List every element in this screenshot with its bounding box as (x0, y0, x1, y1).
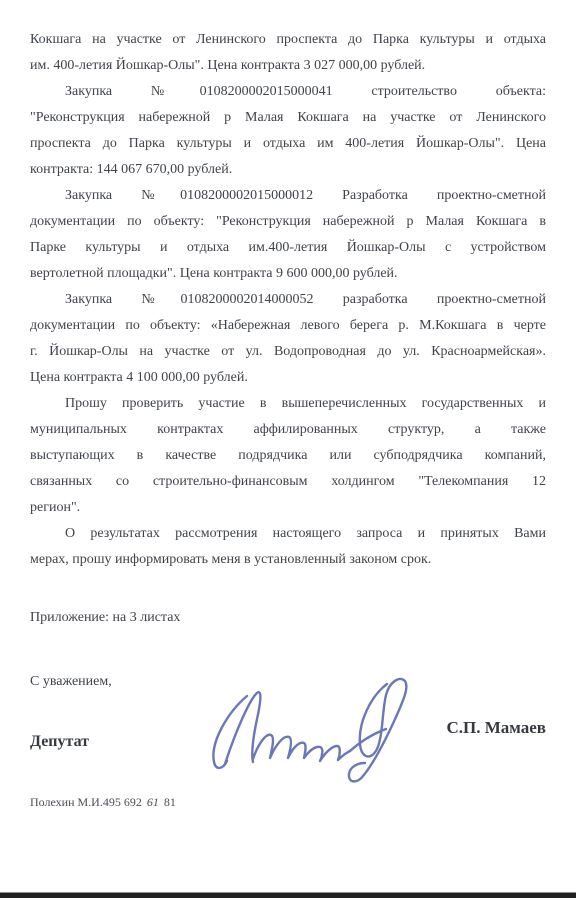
paragraph: О результатах рассмотрения настоящего за… (30, 521, 546, 573)
text-line: Парке культуры и отдыха им.400-летия Йош… (30, 235, 546, 261)
handwritten-signature-icon (200, 672, 425, 790)
text-line: Цена контракта 4 100 000,00 рублей. (30, 365, 546, 391)
letter-body: Кокшага на участке от Ленинского проспек… (0, 0, 576, 809)
paragraph: Прошу проверить участие в вышеперечислен… (30, 391, 546, 521)
text-line: выступающих в качестве подрядчика или су… (30, 443, 546, 469)
text-line: "Реконструкция набережной р Малая Кокшаг… (30, 105, 546, 131)
text-line: Прошу проверить участие в вышеперечислен… (30, 391, 546, 417)
paragraph: Закупка №0108200002015000041 строительст… (30, 79, 546, 183)
footer-contact-name: Полехин М.И.495 692 (30, 795, 142, 809)
text-line: документации по объекту: «Набережная лев… (30, 313, 546, 339)
attachment-note: Приложение: на 3 листах (30, 605, 546, 631)
text-line: муниципальных контрактах аффилированных … (30, 417, 546, 443)
text-line: Кокшага на участке от Ленинского проспек… (30, 27, 546, 53)
text-line: проспекта до Парка культуры и отдыха им … (30, 131, 546, 157)
text-line: контракта: 144 067 670,00 рублей. (30, 157, 546, 183)
text-line: Закупка №0108200002015000012 Разработка … (30, 183, 546, 209)
paragraph: Закупка №0108200002015000012 Разработка … (30, 183, 546, 287)
text-line: Закупка №0108200002014000052 разработка … (30, 287, 546, 313)
text-line: вертолетной площадки". Цена контракта 9 … (30, 261, 546, 287)
signer-title: Депутат (30, 729, 89, 755)
footer-contact-number-end: 81 (164, 795, 176, 809)
signer-name: С.П. Мамаев (447, 715, 547, 741)
text-line: связанных со строительно-финансовым холд… (30, 469, 546, 495)
letter-paragraphs: Кокшага на участке от Ленинского проспек… (30, 27, 546, 573)
text-line: г. Йошкар-Олы на участке от ул. Водопров… (30, 339, 546, 365)
paragraph: Кокшага на участке от Ленинского проспек… (30, 27, 546, 79)
text-line: документации по объекту: "Реконструкция … (30, 209, 546, 235)
scanned-letter-page: Кокшага на участке от Ленинского проспек… (0, 0, 576, 900)
footer-contact-number-italic: 61 (147, 795, 159, 809)
paragraph: Закупка №0108200002014000052 разработка … (30, 287, 546, 391)
footer-contact: Полехин М.И.495 692 61 81 (30, 795, 546, 809)
text-line: Закупка №0108200002015000041 строительст… (30, 79, 546, 105)
text-line: мерах, прошу информировать меня в устано… (30, 547, 546, 573)
text-line: им. 400-летия Йошкар-Олы". Цена контракт… (30, 53, 546, 79)
text-line: регион". (30, 495, 546, 521)
page-edge-bar (0, 892, 576, 898)
signature-block: Депутат С.П. Мамаев (30, 695, 546, 790)
text-line: О результатах рассмотрения настоящего за… (30, 521, 546, 547)
